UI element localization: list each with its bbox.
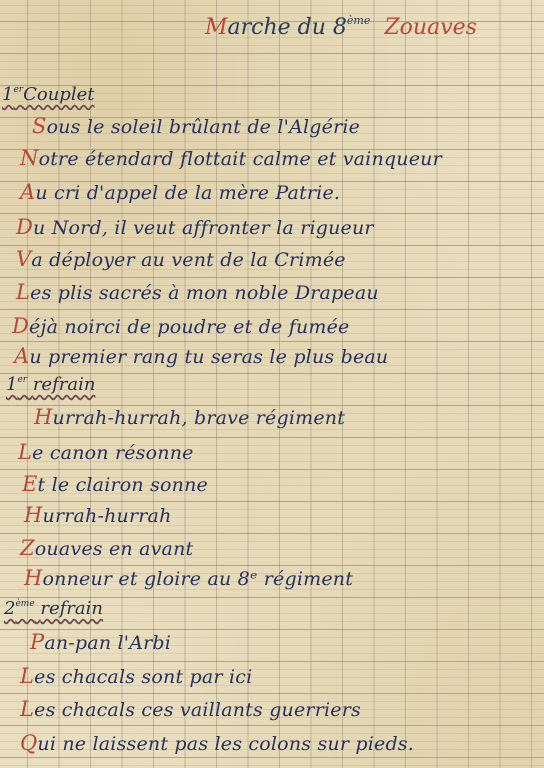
line-text: ouaves en avant <box>35 538 194 560</box>
line-initial: P <box>30 630 44 654</box>
line-initial: V <box>16 247 31 271</box>
heading-number: 1 <box>6 374 17 395</box>
line-initial: L <box>16 280 30 304</box>
line-text: u premier rang tu seras le plus beau <box>29 346 388 368</box>
heading-ordinal: er <box>17 375 27 385</box>
line-initial: Q <box>20 731 37 755</box>
line-initial: L <box>20 664 34 688</box>
refrain1-line-5: Zouaves en avant <box>20 536 193 560</box>
heading-number: 2 <box>4 598 15 619</box>
line-text: ous le soleil brûlant de l'Algérie <box>47 116 360 138</box>
refrain2-heading: 2ème refrain <box>4 598 103 619</box>
line-text: es chacals sont par ici <box>34 666 252 688</box>
line-initial: H <box>24 503 43 527</box>
line-text: u cri d'appel de la mère Patrie. <box>35 182 340 204</box>
heading-text: refrain <box>40 598 103 619</box>
line-text: a déployer au vent de la Crimée <box>31 249 345 271</box>
refrain2-line-3: Les chacals ces vaillants guerriers <box>20 697 361 721</box>
line-text: éjà noirci de poudre et de fumée <box>29 316 349 338</box>
refrain1-line-3: Et le clairon sonne <box>22 472 208 496</box>
line-initial: N <box>20 146 39 170</box>
line-text: u Nord, il veut affronter la rigueur <box>33 217 374 239</box>
line-initial: S <box>32 114 47 138</box>
line-text: onneur et gloire au 8ᵉ régiment <box>43 568 354 590</box>
couplet-line-2: Notre étendard flottait calme et vainque… <box>20 146 442 170</box>
notebook-page: Marche du 8ème Zouaves 1erCouplet Sous l… <box>0 0 544 768</box>
line-text: an-pan l'Arbi <box>44 632 171 654</box>
refrain2-line-2: Les chacals sont par ici <box>20 664 252 688</box>
couplet-line-8: Au premier rang tu seras le plus beau <box>14 344 388 368</box>
heading-number: 1 <box>2 84 13 105</box>
couplet-line-1: Sous le soleil brûlant de l'Algérie <box>32 114 360 138</box>
refrain2-line-4: Qui ne laissent pas les colons sur pieds… <box>20 731 414 755</box>
heading-ordinal: ème <box>15 599 34 609</box>
line-text: ui ne laissent pas les colons sur pieds. <box>37 733 414 755</box>
title-initial: M <box>205 15 228 40</box>
line-initial: A <box>20 180 35 204</box>
heading-text: Couplet <box>23 84 94 105</box>
couplet-line-6: Les plis sacrés à mon noble Drapeau <box>16 280 379 304</box>
refrain1-line-1: Hurrah-hurrah, brave régiment <box>34 405 345 429</box>
line-text: urrah-hurrah <box>43 505 172 527</box>
line-text: es chacals ces vaillants guerriers <box>34 699 361 721</box>
title-ordinal: ème <box>347 14 370 27</box>
refrain1-heading: 1er refrain <box>6 374 95 395</box>
line-text: urrah-hurrah, brave régiment <box>53 407 346 429</box>
couplet-line-4: Du Nord, il veut affronter la rigueur <box>16 215 374 239</box>
couplet-line-3: Au cri d'appel de la mère Patrie. <box>20 180 340 204</box>
heading-ordinal: er <box>13 85 23 95</box>
line-initial: A <box>14 344 29 368</box>
song-title: Marche du 8ème Zouaves <box>205 14 477 40</box>
title-text: arche du 8 <box>228 15 347 40</box>
line-initial: H <box>34 405 53 429</box>
line-initial: D <box>12 314 29 338</box>
line-text: otre étendard flottait calme et vainqueu… <box>39 148 442 170</box>
line-text: es plis sacrés à mon noble Drapeau <box>30 282 379 304</box>
line-initial: H <box>24 566 43 590</box>
title-zouaves: Zouaves <box>384 15 477 40</box>
refrain1-line-2: Le canon résonne <box>18 440 194 464</box>
refrain2-line-1: Pan-pan l'Arbi <box>30 630 171 654</box>
line-initial: D <box>16 215 33 239</box>
heading-text: refrain <box>33 374 96 395</box>
line-text: e canon résonne <box>32 442 193 464</box>
refrain1-line-4: Hurrah-hurrah <box>24 503 172 527</box>
line-initial: E <box>22 472 38 496</box>
line-initial: Z <box>20 536 35 560</box>
couplet-heading: 1erCouplet <box>2 84 94 105</box>
line-initial: L <box>20 697 34 721</box>
line-initial: L <box>18 440 32 464</box>
couplet-line-5: Va déployer au vent de la Crimée <box>16 247 346 271</box>
couplet-line-7: Déjà noirci de poudre et de fumée <box>12 314 350 338</box>
line-text: t le clairon sonne <box>38 474 208 496</box>
refrain1-line-6: Honneur et gloire au 8ᵉ régiment <box>24 566 353 590</box>
